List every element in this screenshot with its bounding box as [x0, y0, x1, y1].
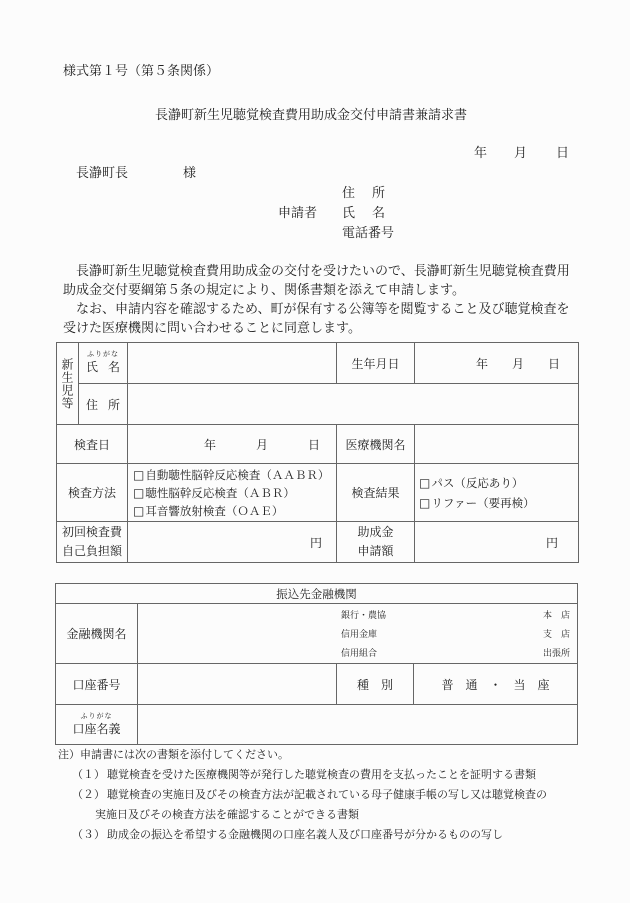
result-pass-label: パス（反応あり） [431, 476, 523, 490]
grant-label-1: 助成金 [357, 523, 393, 542]
applicant-name-label-2: 名 [372, 206, 385, 222]
newborn-address-label-2: 所 [108, 396, 120, 413]
bank-institution-label: 金融機関名 [56, 604, 137, 663]
note-item-1-text: 聴覚検査を受けた医療機関等が発行した聴覚検査の費用を支払ったことを証明する書類 [107, 768, 536, 782]
exam-result-label: 検査結果 [337, 464, 414, 521]
date-month-label: 月 [514, 146, 527, 162]
notes-intro: 注）申請書には次の書類を添付してください。 [58, 748, 289, 762]
method-option-oae[interactable]: □耳音響放射検査（ＯＡＥ） [133, 502, 283, 520]
branch-type-branch: 支 店 [520, 626, 570, 645]
newborn-name-label-1: 氏 [86, 360, 98, 374]
name-ruby: ふりがな [87, 351, 119, 358]
institution-type-bank: 銀行・農協 [341, 607, 386, 626]
addressee-honorific: 様 [183, 166, 196, 182]
birth-year-label: 年 [476, 355, 488, 372]
note-item-2-number: （２） [72, 788, 105, 802]
checkbox-icon[interactable]: □ [419, 496, 430, 510]
exam-date-field[interactable]: 年 月 日 [128, 425, 336, 463]
result-option-pass[interactable]: □パス（反応あり） [419, 473, 523, 493]
method-oae-label: 耳音響放射検査（ＯＡＥ） [145, 504, 283, 518]
method-option-aabr[interactable]: □自動聴性脳幹反応検査（ＡＡＢＲ） [133, 466, 329, 484]
newborn-address-label-1: 住 [86, 396, 98, 413]
document-title: 長瀞町新生児聴覚検査費用助成金交付申請書兼請求書 [155, 108, 467, 124]
checkbox-icon[interactable]: □ [133, 504, 144, 518]
institution-label: 医療機関名 [337, 425, 414, 463]
institution-field[interactable] [415, 425, 578, 463]
newborn-address-field[interactable] [128, 384, 578, 424]
exam-date-label: 検査日 [57, 425, 127, 463]
method-option-abr[interactable]: □聴性脳幹反応検査（ＡＢＲ） [133, 484, 295, 502]
applicant-address-label-1: 住 [342, 186, 355, 202]
body-paragraph-2: なお、申請内容を確認するため、町が保有する公簿等を閲覧すること及び聴覚検査を受け… [63, 300, 578, 338]
date-year-label: 年 [474, 146, 487, 162]
account-type-label: 種 別 [337, 664, 413, 704]
result-option-refer[interactable]: □リファー（要再検） [419, 493, 535, 513]
bank-table-header: 振込先金融機関 [56, 584, 577, 603]
birthdate-field[interactable]: 年 月 日 [415, 343, 578, 383]
exam-month-label: 月 [256, 436, 268, 453]
result-refer-label: リファー（要再検） [431, 496, 534, 510]
birthdate-label: 生年月日 [337, 343, 414, 383]
holder-ruby: ふりがな [81, 713, 113, 720]
newborn-group-label: 新生児等 [59, 358, 76, 410]
date-day-label: 日 [556, 146, 569, 162]
grant-label-2: 申請額 [357, 542, 393, 561]
applicant-label: 申請者 [278, 206, 317, 222]
checkbox-icon[interactable]: □ [419, 476, 430, 490]
note-item-2-text: 聴覚検査の実施日及びその検査方法が記載されている母子健康手帳の写し又は聴覚検査の [107, 788, 547, 802]
method-abr-label: 聴性脳幹反応検査（ＡＢＲ） [145, 486, 295, 500]
applicant-name-label-1: 氏 [342, 206, 355, 222]
yen-label-2: 円 [546, 534, 558, 551]
institution-type-shinkin: 信用金庫 [341, 626, 386, 645]
newborn-name-label-2: 名 [108, 360, 120, 374]
note-item-1-number: （１） [72, 768, 105, 782]
account-number-label: 口座番号 [56, 664, 137, 704]
checkbox-icon[interactable]: □ [133, 468, 144, 482]
institution-type-kumiai: 信用組合 [341, 645, 386, 664]
addressee: 長瀞町長 [76, 166, 128, 182]
checkbox-icon[interactable]: □ [133, 486, 144, 500]
applicant-address-label-2: 所 [372, 186, 385, 202]
first-cost-field[interactable]: 円 [128, 522, 322, 562]
note-item-3-number: （３） [72, 828, 105, 842]
branch-type-head: 本 店 [520, 607, 570, 626]
account-type-options[interactable]: 普 通 ・ 当 座 [414, 664, 577, 704]
form-number: 様式第１号（第５条関係） [63, 64, 219, 80]
note-item-3-text: 助成金の振込を希望する金融機関の口座名義人及び口座番号が分かるものの写し [107, 828, 503, 842]
yen-label-1: 円 [310, 534, 322, 551]
branch-type-office: 出張所 [520, 645, 570, 664]
account-number-field[interactable] [138, 664, 336, 704]
exam-method-label: 検査方法 [57, 464, 127, 521]
account-holder-label: 口座名義 [72, 720, 120, 737]
first-cost-label-2: 自己負担額 [62, 542, 122, 561]
method-aabr-label: 自動聴性脳幹反応検査（ＡＡＢＲ） [145, 468, 329, 482]
grant-amount-field[interactable]: 円 [415, 522, 558, 562]
exam-year-label: 年 [204, 436, 216, 453]
exam-day-label: 日 [308, 436, 320, 453]
account-holder-field[interactable] [138, 705, 577, 744]
first-cost-label-1: 初回検査費 [62, 523, 122, 542]
newborn-name-field[interactable] [128, 343, 336, 383]
birth-day-label: 日 [548, 355, 560, 372]
birth-month-label: 月 [512, 355, 524, 372]
note-item-2-text-continued: 実施日及びその検査方法を確認することができる書類 [95, 808, 359, 822]
applicant-phone-label: 電話番号 [342, 226, 394, 242]
body-paragraph-1: 長瀞町新生児聴覚検査費用助成金の交付を受けたいので、長瀞町新生児聴覚検査費用助成… [63, 262, 578, 300]
